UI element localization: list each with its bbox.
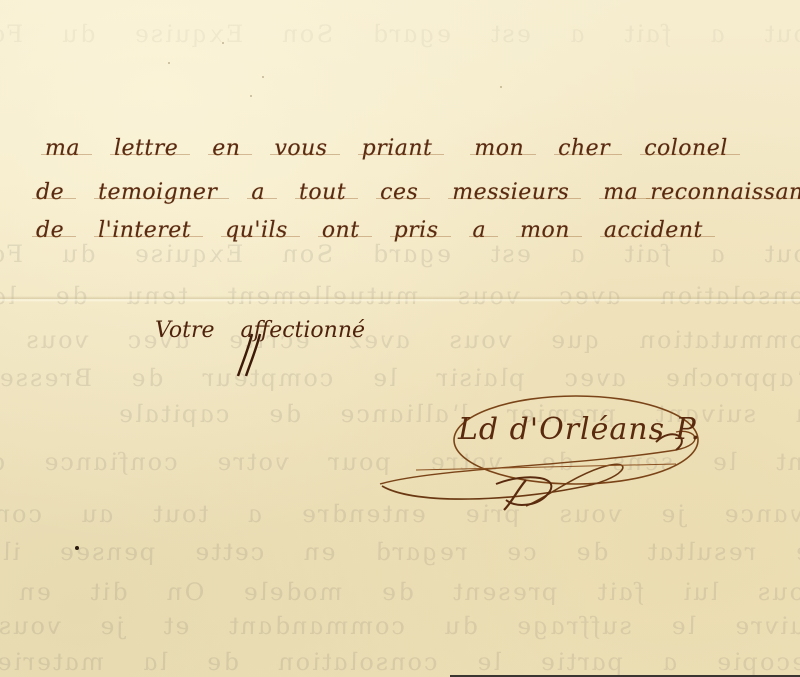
paper-speck — [250, 95, 252, 97]
word: mon — [520, 218, 570, 243]
bleed-through-line: le resultat de ce regard en cette pensee… — [0, 538, 800, 566]
word: a — [251, 180, 265, 205]
word: pris — [394, 218, 439, 243]
word: l'interet — [98, 218, 191, 243]
word: a — [473, 218, 487, 243]
bleed-through-line: recopie a partie le consolation de la ma… — [0, 648, 800, 676]
paper-fold — [0, 296, 800, 302]
word: colonel — [644, 136, 728, 161]
word: ma — [45, 136, 80, 161]
word: lettre — [114, 136, 178, 161]
word: tout — [299, 180, 346, 205]
word: temoigner — [98, 180, 217, 205]
word: ma — [603, 180, 638, 205]
letter-line-1: malettreenvouspriantmonchercolonel — [45, 136, 762, 161]
bleed-through-line: tout a fait a est egard Son Exquise du F… — [0, 20, 800, 48]
word: de — [36, 218, 64, 243]
word: mon — [474, 136, 524, 161]
letter-closing: Votreaffectionné — [155, 318, 391, 343]
ink-dot — [75, 546, 79, 550]
descender-flourish — [230, 330, 270, 380]
paper-speck — [500, 86, 502, 88]
word: qu'ils — [225, 218, 288, 243]
paper-speck — [222, 42, 224, 44]
paper-speck — [262, 76, 264, 78]
word: de — [36, 180, 64, 205]
word: en — [212, 136, 240, 161]
letter-line-2: detemoigneratoutcesmessieursmareconnaiss… — [36, 180, 800, 205]
word: messieurs — [452, 180, 569, 205]
signature: Ld d'Orléans P. — [376, 388, 706, 518]
paper-speck — [168, 62, 170, 64]
bleed-through-line: vous lui fait present de modele On dit e… — [0, 578, 800, 606]
word: vous — [274, 136, 327, 161]
letter-page: tout a fait a est egard Son Exquise du F… — [0, 0, 800, 677]
letter-line-3: del'interetqu'ilsontprisamonaccident — [36, 218, 737, 243]
word: reconnaissance — [650, 180, 800, 205]
word: ont — [322, 218, 360, 243]
closing-word: Votre — [155, 318, 215, 343]
word: ces — [380, 180, 418, 205]
bleed-through-line: suivre le suffrage du commandant et je v… — [0, 612, 800, 640]
word: cher — [558, 136, 610, 161]
signature-name: Ld d'Orléans P. — [458, 412, 701, 447]
word: accident — [604, 218, 703, 243]
bleed-through-line: commutation que vous avez ecrite avec vo… — [0, 326, 800, 354]
signature-flourish — [376, 388, 706, 518]
bleed-through-line: tout a fait a est egard Son Exquise du F… — [0, 240, 800, 268]
word: priant — [362, 136, 433, 161]
